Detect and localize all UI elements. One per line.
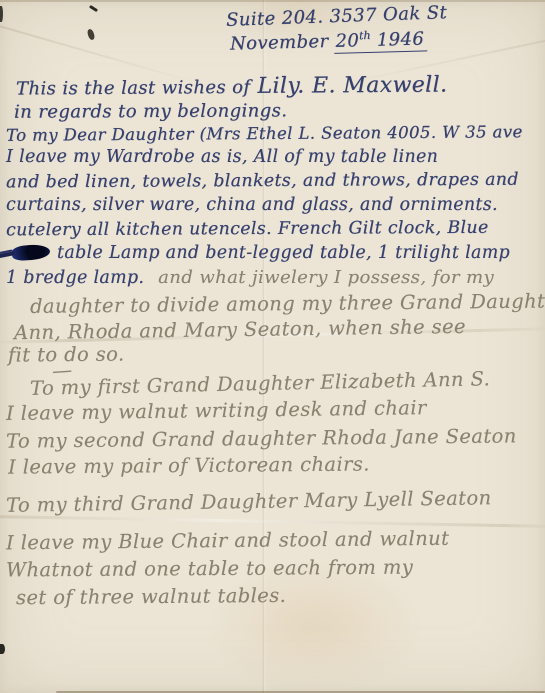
bequest-line: and bed linen, towels, blankets, and thr…: [6, 170, 519, 193]
edge-mark: [0, 644, 5, 654]
date-line: November20th 1946: [230, 27, 428, 56]
opening-prefix: This is the last wishes of: [16, 77, 251, 100]
bequest-line: Ann, Rhoda and Mary Seaton, when she see: [14, 315, 466, 344]
opening-line-1: This is the last wishes ofLily. E. Maxwe…: [16, 72, 448, 100]
date-year: 1946: [377, 29, 425, 51]
edge-mark: [86, 28, 95, 40]
edge-mark: [89, 5, 98, 12]
bequest-line: curtains, silver ware, china and glass, …: [6, 195, 498, 215]
date-underlined: 20th 1946: [334, 27, 427, 53]
bequest-line: Whatnot and one table to each from my: [6, 556, 413, 582]
bequest-ink-part: 1 bredge lamp.: [6, 268, 144, 288]
letter-page: Suite 204. 3537 Oak St November20th 1946…: [0, 0, 545, 693]
date-ordinal: th: [359, 29, 371, 42]
bequest-line: cutelery all kitchen utencels. French Gi…: [6, 218, 489, 241]
testator-name: Lily. E. Maxwell.: [257, 72, 447, 98]
bequest-line: I leave my walnut writing desk and chair: [6, 396, 427, 425]
date-month: November: [230, 31, 329, 55]
horizontal-fold-crease: [0, 515, 545, 528]
bequest-line-with-blot: table Lamp and bent-legged table, 1 tril…: [12, 243, 510, 263]
opening-line-2: in regards to my belongings.: [14, 100, 287, 122]
bequest-line: I leave my Wardrobe as is, All of my tab…: [6, 147, 438, 167]
bequest-line: daughter to divide among my three Grand …: [30, 289, 545, 318]
bequest-line: I leave my Blue Chair and stool and waln…: [6, 527, 450, 555]
bequest-line: To my third Grand Daughter Mary Lyell Se…: [6, 486, 492, 517]
bequest-line: To my second Grand daughter Rhoda Jane S…: [6, 424, 517, 452]
date-day: 20: [335, 30, 359, 52]
bequest-line: To my Dear Daughter (Mrs Ethel L. Seaton…: [6, 122, 523, 145]
bequest-pencil-part: and what jiwelery I possess, for my: [158, 267, 494, 288]
bequest-line: I leave my pair of Victorean chairs.: [8, 452, 370, 478]
ink-blot: [12, 244, 51, 262]
edge-mark: [0, 6, 3, 22]
bequest-line-mixed: 1 bredge lamp. and what jiwelery I posse…: [6, 267, 494, 288]
paper-edge: [0, 0, 545, 2]
bequest-line: To my first Grand Daughter Elizabeth Ann…: [30, 367, 491, 400]
bequest-line: table Lamp and bent-legged table, 1 tril…: [57, 243, 510, 263]
address-line: Suite 204. 3537 Oak St: [226, 2, 448, 31]
bequest-line: set of three walnut tables.: [16, 584, 286, 609]
